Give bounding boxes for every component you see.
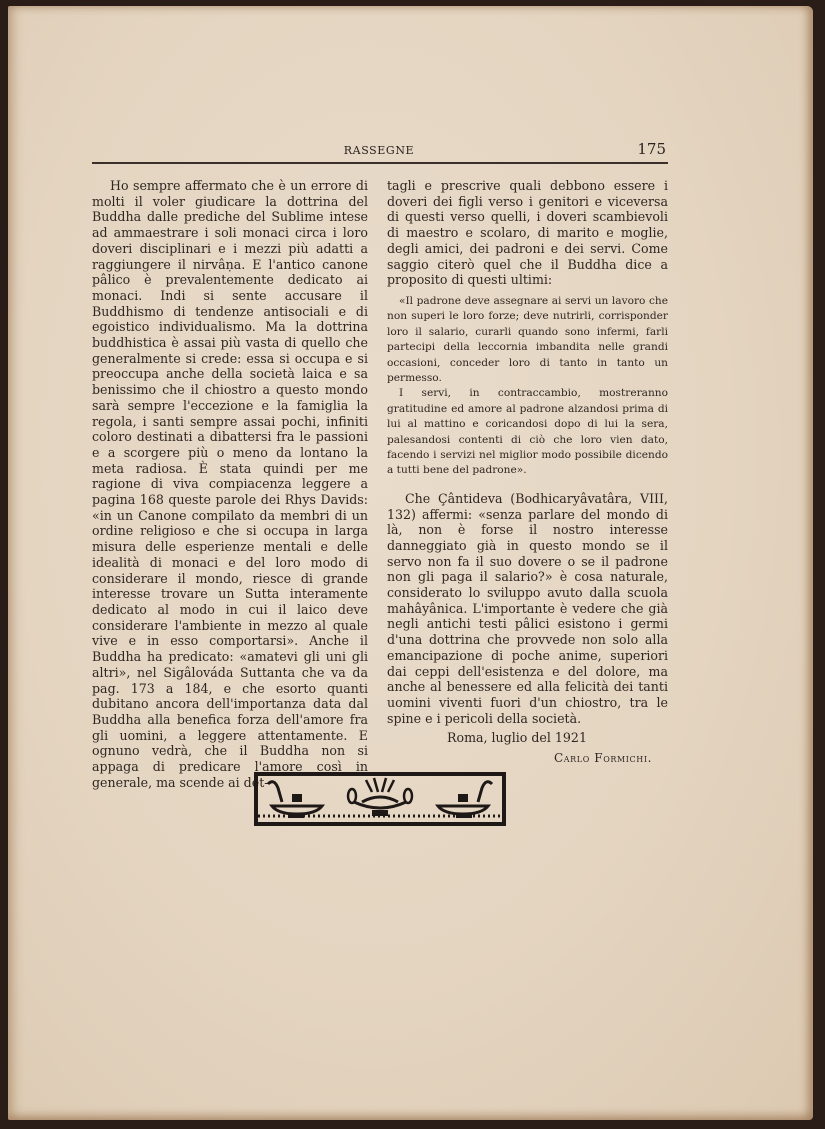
page-number: 175 (637, 140, 666, 158)
quote-paragraph: «Il padrone deve assegnare ai servi un l… (387, 294, 668, 386)
body-paragraph: Ho sempre affermato che è un errore di m… (92, 178, 368, 790)
running-head-title: RASSEGNE (92, 144, 666, 157)
body-paragraph: tagli e prescrive quali debbono essere i… (387, 178, 668, 288)
author-signature: Carlo Formichi. (387, 751, 668, 767)
place-date: Roma, luglio del 1921 (387, 730, 668, 746)
right-column: tagli e prescrive quali debbono essere i… (387, 178, 668, 767)
body-paragraph: Che Çântideva (Bodhicaryâvatâra, VIII, 1… (387, 491, 668, 727)
oil-lamps-tailpiece-icon (254, 766, 506, 828)
quote-paragraph: I servi, in contraccambio, mostreranno g… (387, 386, 668, 478)
block-quote: «Il padrone deve assegnare ai servi un l… (387, 294, 668, 479)
left-column: Ho sempre affermato che è un errore di m… (92, 178, 368, 790)
running-head: RASSEGNE 175 (92, 140, 666, 162)
header-rule (92, 162, 668, 164)
